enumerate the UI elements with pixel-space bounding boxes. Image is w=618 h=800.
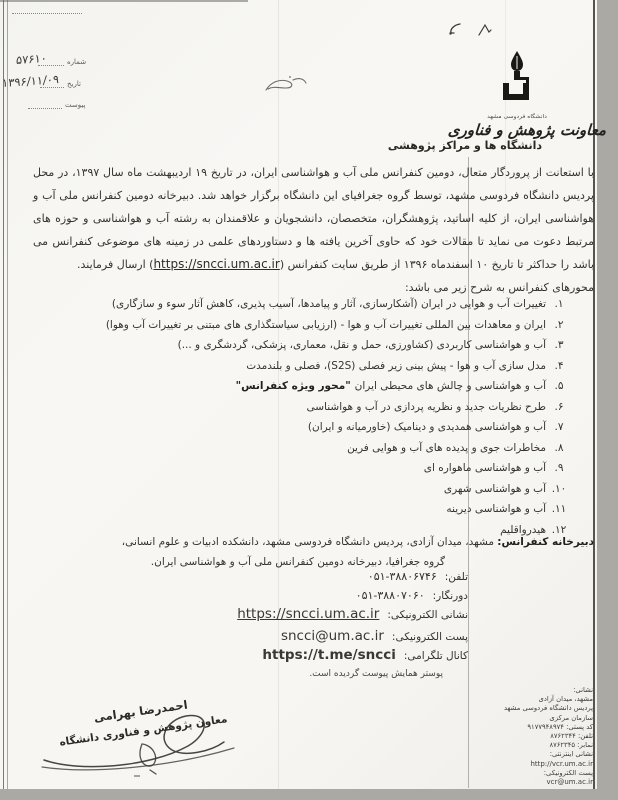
email-label: پست الکترونیکی: <box>392 631 468 643</box>
scan-edge-top <box>0 0 248 2</box>
topic-item-1: ۱.تغییرات آب و هوایی در ایران (آشکارسازی… <box>60 294 572 315</box>
handwritten-signature <box>38 700 248 780</box>
conference-topics-list: ۱.تغییرات آب و هوایی در ایران (آشکارسازی… <box>60 294 572 541</box>
topic-item-4: ۴.مدل سازی آب و هوا - پیش بینی زیر فصلی … <box>60 356 572 377</box>
date-dotted-line <box>40 87 64 88</box>
address-email-label: پست الکترونیکی: <box>493 769 593 778</box>
topic-number: ۱۰. <box>546 479 572 500</box>
reference-number-row: شماره <box>38 58 86 66</box>
scan-edge-left-inner <box>7 0 8 789</box>
recipient-line: دانشگاه ها و مراکز پژوهشی <box>388 139 542 152</box>
topic-item-5: ۵.آب و هواشناسی و چالش های محیطی ایران"م… <box>60 376 572 397</box>
body-paragraph: با استعانت از پروردگار متعال، دومین کنفر… <box>33 161 594 299</box>
conference-site-url-inline: https://sncci.um.ac.ir <box>153 253 279 276</box>
department-title: معاونت پژوهش و فناوری <box>447 121 606 139</box>
email-value: sncci@um.ac.ir <box>281 628 384 644</box>
address-campus: پردیس دانشگاه فردوسی مشهد <box>493 704 593 713</box>
topic-number: ۷. <box>546 417 572 438</box>
letterhead-address-block: نشانی: مشهد، میدان آزادی پردیس دانشگاه ف… <box>493 686 593 787</box>
phone-row: تلفن: ۰۵۱-۳۸۸۰۶۷۴۶ <box>368 570 468 583</box>
scan-edge-right <box>593 0 595 789</box>
secretariat-line-2: گروه جغرافیا، دبیرخانه دومین کنفرانس ملی… <box>151 556 445 568</box>
topic-special-tag: "محور ویژه کنفرانس" <box>236 376 351 397</box>
scan-edge-left-outer <box>3 0 4 789</box>
university-logo <box>494 50 540 112</box>
topic-item-9: ۹.آب و هواشناسی ماهواره ای <box>60 458 572 479</box>
topic-item-10: ۱۰.آب و هواشناسی شهری <box>60 479 572 500</box>
address-label: نشانی: <box>493 686 593 695</box>
fax-label: دورنگار: <box>433 590 468 602</box>
number-dotted-line <box>38 65 64 66</box>
website-row: نشانی الکترونیکی: https://sncci.um.ac.ir <box>237 606 468 622</box>
topic-number: ۴. <box>546 356 572 377</box>
topic-number: ۱۱. <box>546 499 572 520</box>
pen-mark-left <box>446 21 464 37</box>
number-label: شماره <box>67 58 86 66</box>
secretariat-line-1: دبیرخانه کنفرانس: مشهد، میدان آزادی، پرد… <box>122 536 594 548</box>
topic-item-11: ۱۱.آب و هواشناسی دیرینه <box>60 499 572 520</box>
email-row: پست الکترونیکی: sncci@um.ac.ir <box>281 628 468 644</box>
phone-value: ۰۵۱-۳۸۸۰۶۷۴۶ <box>368 570 437 583</box>
address-email-value: vcr@um.ac.ir <box>493 778 593 787</box>
address-phone: تلفن: ۸۷۶۲۳۴۴ <box>493 732 593 741</box>
address-web-url: http://vcr.um.ac.ir <box>493 760 593 769</box>
topic-number: ۲. <box>546 315 572 336</box>
invitation-text-part2: ) ارسال فرمایند. <box>77 258 153 271</box>
telegram-url: https://t.me/sncci <box>262 647 396 663</box>
topic-number: ۶. <box>546 397 572 418</box>
address-web-label: نشانی اینترنتی: <box>493 750 593 759</box>
attachment-label: پیوست <box>65 101 85 109</box>
topic-number: ۹. <box>546 458 572 479</box>
secretariat-label: دبیرخانه کنفرانس: <box>497 536 594 548</box>
address-fax: نمابر: ۸۷۶۲۳۴۵ <box>493 741 593 750</box>
topic-item-6: ۶.طرح نظریات جدید و نظریه پردازی در آب و… <box>60 397 572 418</box>
topic-item-2: ۲.ایران و معاهدات بین المللی تغییرات آب … <box>60 315 572 336</box>
poster-attachment-note: پوستر همایش پیوست گردیده است. <box>309 669 443 679</box>
topic-number: ۵. <box>546 376 572 397</box>
fax-value: ۰۵۱-۳۸۸۰۷۰۶۰ <box>356 589 425 602</box>
telegram-label: کانال تلگرامی: <box>404 650 468 662</box>
topic-item-3: ۳.آب و هواشناسی کاربردی (کشاورزی، حمل و … <box>60 335 572 356</box>
scanned-letter-page: ۵۷۶۱۰ شماره ۱۳۹۶/۱۱/۰۹ تاریخ پیوست دانشگ… <box>0 0 618 800</box>
address-postal-code: کد پستی: ۹۱۷۷۹۴۸۹۷۴ <box>493 723 593 732</box>
topic-item-7: ۷.آب و هواشناسی همدیدی و دینامیک (خاورمی… <box>60 417 572 438</box>
topic-item-8: ۸.مخاطرات جوی و پدیده های آب و هوایی فری… <box>60 438 572 459</box>
invitation-text: با استعانت از پروردگار متعال، دومین کنفر… <box>33 161 594 276</box>
attachment-dotted-line <box>28 108 62 109</box>
top-dotted-rule <box>12 13 82 14</box>
invitation-text-part1: با استعانت از پروردگار متعال، دومین کنفر… <box>33 166 594 271</box>
logo-caption: دانشگاه فردوسی مشهد <box>474 113 560 119</box>
handwritten-note-mark <box>263 72 309 98</box>
secretariat-address: مشهد، میدان آزادی، پردیس دانشگاه فردوسی … <box>122 536 494 548</box>
address-org: سازمان مرکزی <box>493 714 593 723</box>
topic-number: ۱. <box>546 294 572 315</box>
fax-row: دورنگار: ۰۵۱-۳۸۸۰۷۰۶۰ <box>356 589 468 602</box>
pen-mark-right <box>477 23 493 37</box>
date-row: تاریخ <box>40 80 81 88</box>
website-url: https://sncci.um.ac.ir <box>237 606 379 622</box>
date-label: تاریخ <box>67 80 81 88</box>
attachment-row: پیوست <box>28 101 85 109</box>
website-label: نشانی الکترونیکی: <box>387 609 468 621</box>
topic-number: ۸. <box>546 438 572 459</box>
topic-number: ۳. <box>546 335 572 356</box>
telegram-row: کانال تلگرامی: https://t.me/sncci <box>262 647 468 663</box>
phone-label: تلفن: <box>445 571 468 583</box>
